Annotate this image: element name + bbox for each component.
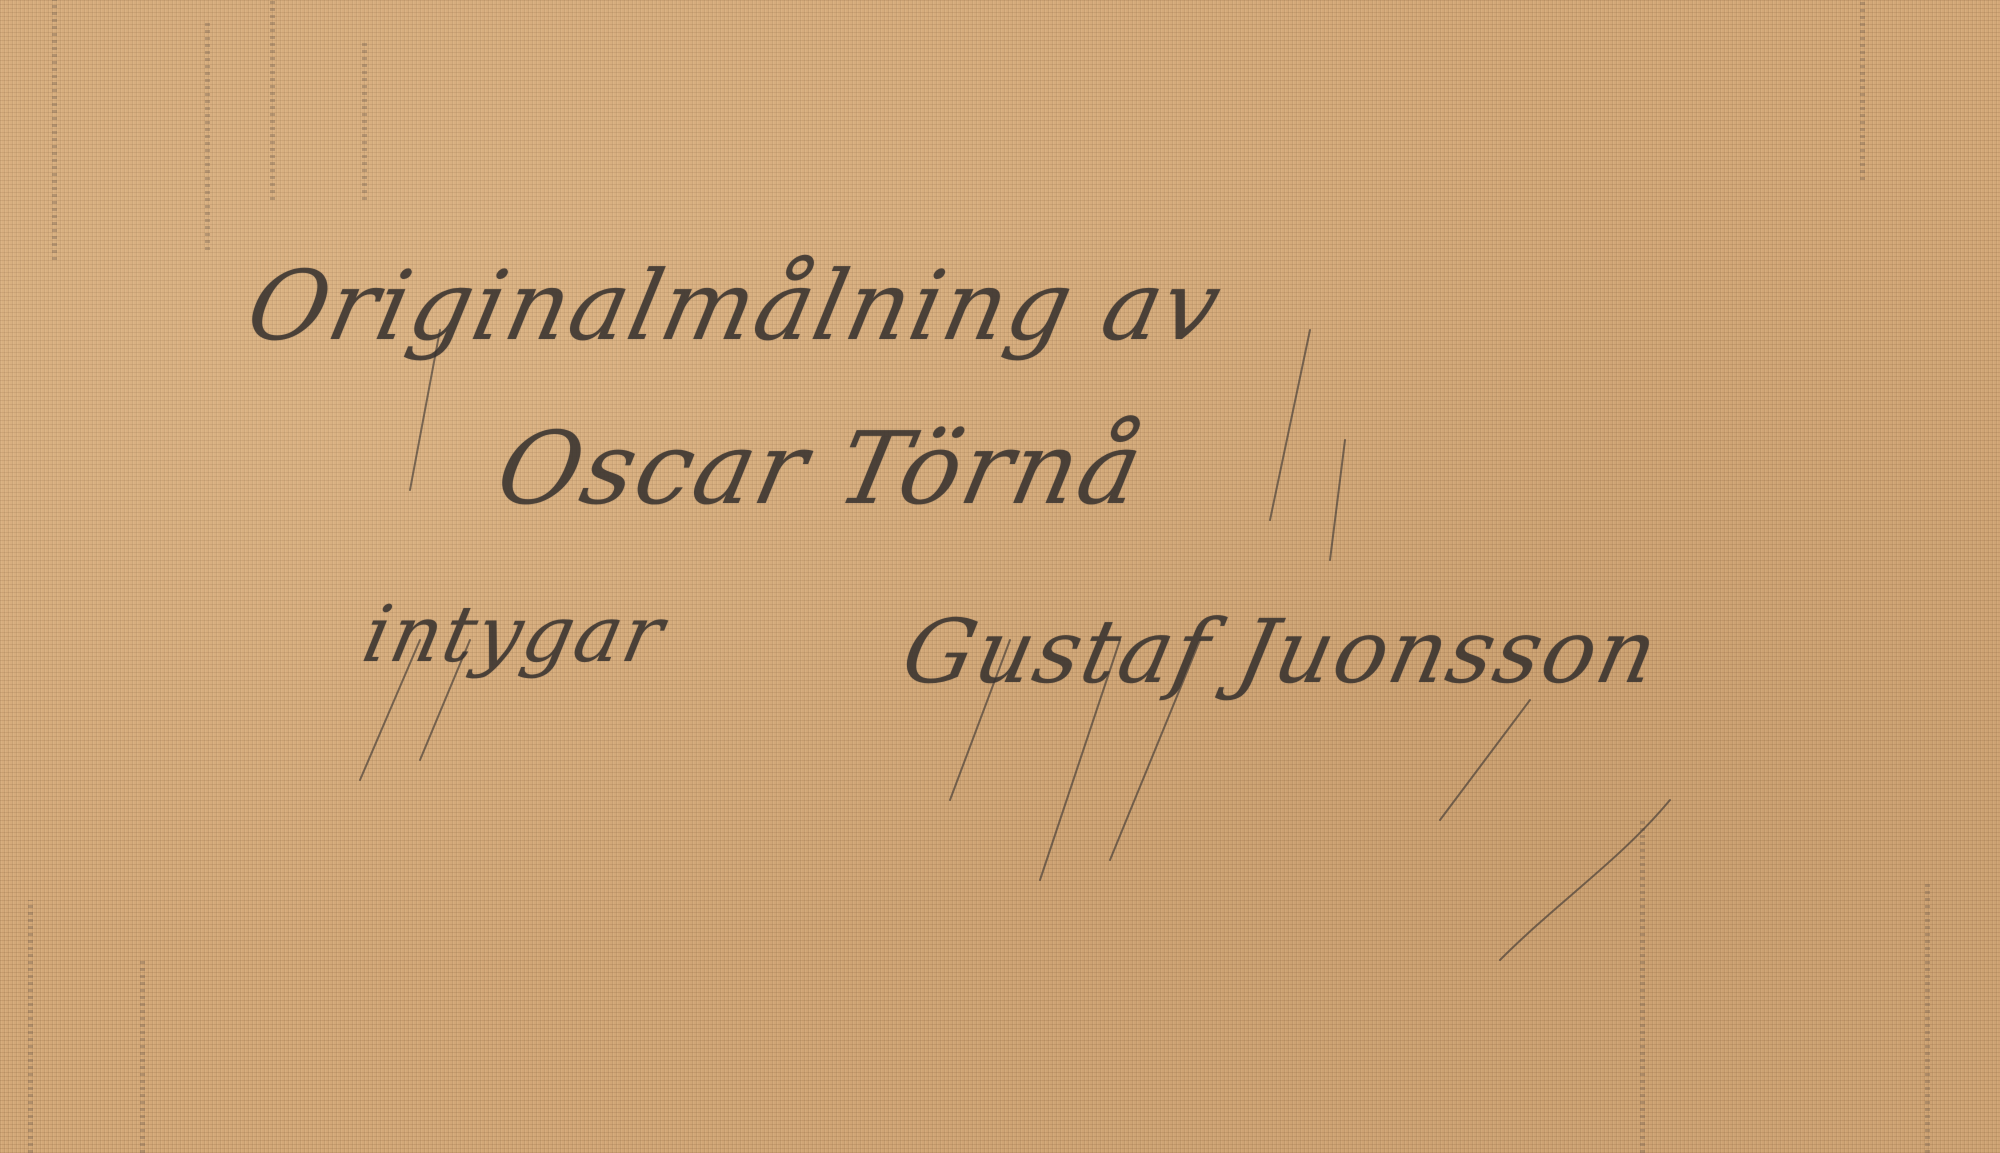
thread-slub: [1925, 880, 1930, 1153]
inscription-line-2-artist-name: Oscar Törnå: [488, 410, 1154, 527]
thread-slub: [1860, 0, 1865, 180]
inscription-line-3-attests: intygar: [355, 590, 672, 680]
thread-slub: [362, 40, 367, 200]
linen-canvas: Originalmålning av Oscar Törnå intygar G…: [0, 0, 2000, 1153]
thread-slub: [205, 20, 210, 250]
thread-slub: [140, 960, 145, 1153]
thread-slub: [52, 0, 57, 260]
pencil-flourishes: [0, 0, 2000, 1153]
thread-slub: [1640, 820, 1645, 1153]
thread-slub: [270, 0, 275, 200]
thread-slub: [28, 900, 33, 1153]
signature: Gustaf Juonsson: [894, 600, 1668, 703]
inscription-line-1: Originalmålning av: [238, 250, 1232, 362]
